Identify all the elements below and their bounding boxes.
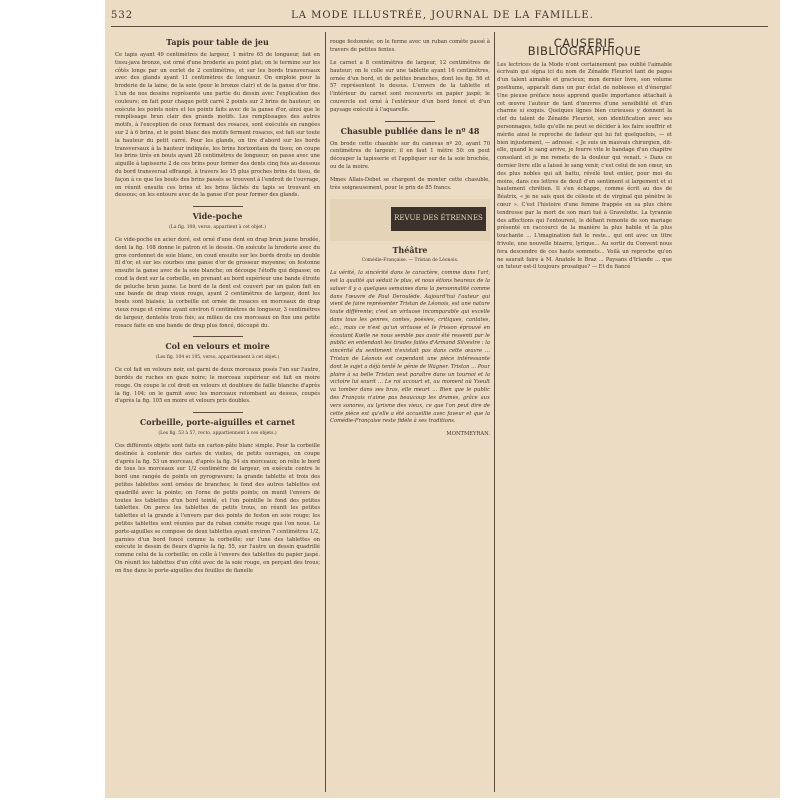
section-text: On brode cette chasuble sur du canevas n… [330, 141, 490, 172]
signature: MONTMEYRAN. [330, 431, 490, 439]
column-1: Tapis pour table de jeu Ce tapis ayant 4… [115, 34, 320, 794]
divider [193, 412, 243, 413]
section-text: rouge festonnée; on le ferme avec un rub… [330, 39, 490, 55]
section-title: CAUSERIE BIBLIOGRAPHIQUE [497, 40, 672, 56]
column-rule [494, 32, 495, 792]
section-text: Les lectrices de la Mode n'ont certainem… [497, 62, 672, 273]
column-rule [325, 32, 326, 792]
section-text: Ce col fait en velours noir, est garni d… [115, 367, 320, 406]
section-text: Mmes Allais-Debet se chargent de monter … [330, 177, 490, 193]
section-text: Ce vide-poche en acier doré, est orné d'… [115, 237, 320, 331]
divider [193, 336, 243, 337]
divider [193, 206, 243, 207]
banner-label: REVUE DES ÉTRENNES [391, 207, 486, 231]
section-title: Théâtre [330, 247, 490, 255]
section-text: La vérité, la sincérité dans le caractèr… [330, 270, 490, 426]
illustrated-banner: REVUE DES ÉTRENNES [330, 199, 490, 241]
journal-title: LA MODE ILLUSTRÉE, JOURNAL DE LA FAMILLE… [105, 10, 780, 21]
section-text: Le carnet a 8 centimètres de largeur, 12… [330, 60, 490, 115]
divider [385, 121, 435, 122]
section-text: Ces différents objets sont faits en cart… [115, 443, 320, 576]
newspaper-page: 532 LA MODE ILLUSTRÉE, JOURNAL DE LA FAM… [105, 0, 780, 798]
section-title: Vide-poche [115, 213, 320, 221]
section-caption: (La fig. 108, verso, appartient à cet ob… [115, 224, 320, 232]
section-caption: Comédie-Française. — Tristan de Léonois. [330, 257, 490, 265]
section-title: Col en velours et moire [115, 343, 320, 351]
column-2: rouge festonnée; on le ferme avec un rub… [330, 34, 490, 794]
section-title: Corbeille, porte-aiguilles et carnet [115, 419, 320, 427]
section-caption: (Les fig. 104 et 105, verso, appartienne… [115, 354, 320, 362]
header-rule [111, 26, 768, 27]
section-title: Tapis pour table de jeu [115, 39, 320, 47]
section-title: Chasuble publiée dans le nº 48 [330, 128, 490, 136]
column-3: CAUSERIE BIBLIOGRAPHIQUE Les lectrices d… [497, 34, 672, 794]
section-text: Ce tapis ayant 49 centimètres de largeur… [115, 52, 320, 200]
section-caption: (Les fig. 53 à 57, recto, appartiennent … [115, 430, 320, 438]
